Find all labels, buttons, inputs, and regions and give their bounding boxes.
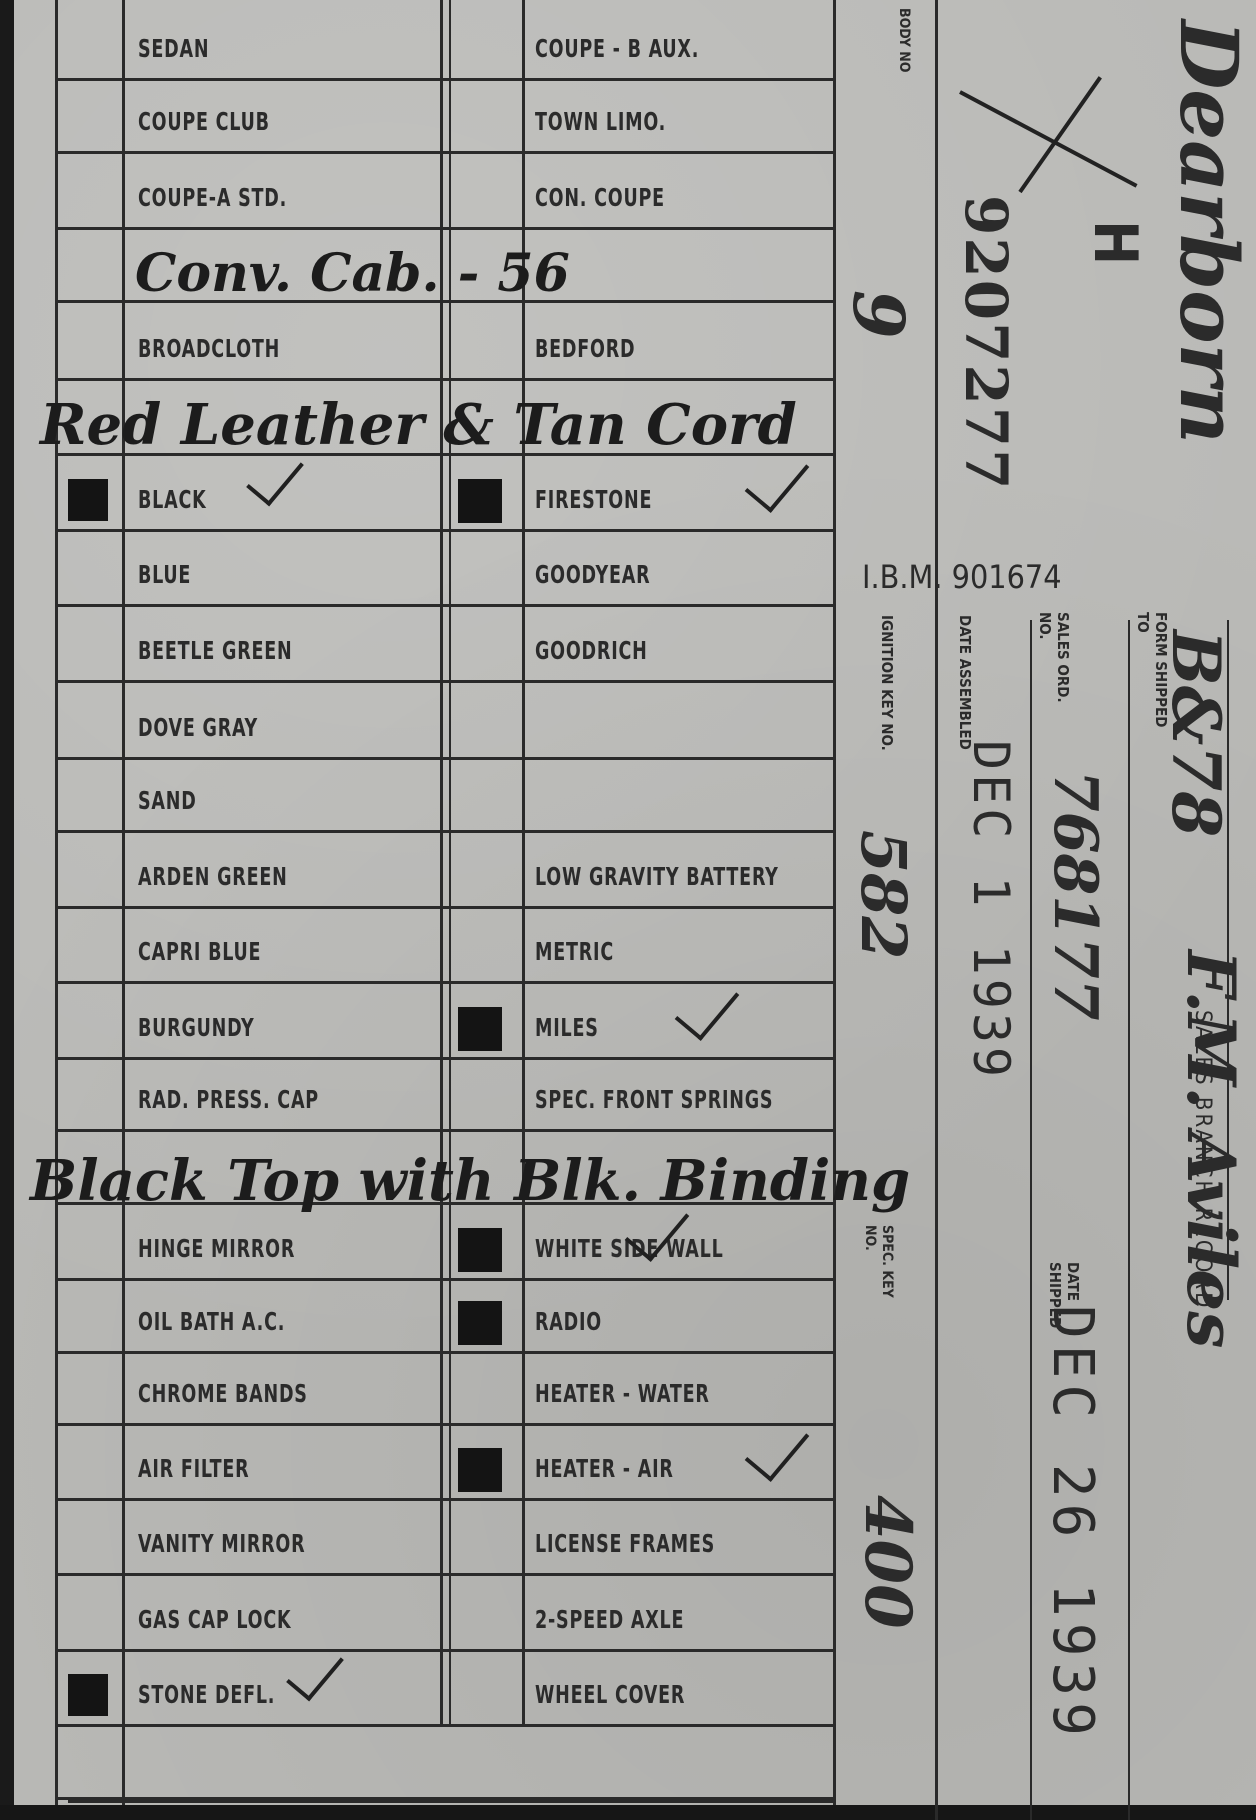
right-option-checkbox-marked[interactable] bbox=[458, 1228, 502, 1272]
left-box-divider bbox=[122, 0, 125, 1805]
left-option-label: RAD. PRESS. CAP bbox=[138, 1069, 319, 1129]
row-rule bbox=[55, 78, 835, 81]
left-option-label: CAPRI BLUE bbox=[138, 921, 261, 981]
right-option-label: MILES bbox=[535, 997, 599, 1057]
right-option-checkbox[interactable] bbox=[458, 101, 502, 145]
left-option-checkbox[interactable] bbox=[68, 28, 108, 70]
row-rule bbox=[55, 378, 835, 381]
right-option-label: METRIC bbox=[535, 921, 614, 981]
right-option-checkbox[interactable] bbox=[458, 554, 502, 598]
left-option-checkbox[interactable] bbox=[68, 177, 108, 219]
left-option-checkbox[interactable] bbox=[68, 931, 108, 973]
right-option-checkbox[interactable] bbox=[458, 630, 502, 674]
right-option-label: LICENSE FRAMES bbox=[535, 1513, 715, 1573]
row-rule bbox=[55, 1573, 835, 1576]
row-rule bbox=[55, 151, 835, 154]
handwritten-body-type: Conv. Cab. - 56 bbox=[135, 243, 570, 304]
right-option-checkbox[interactable] bbox=[458, 28, 502, 72]
right-option-checkbox[interactable] bbox=[458, 707, 502, 751]
left-option-label: SEDAN bbox=[138, 18, 209, 78]
right-option-label: RADIO bbox=[535, 1291, 602, 1351]
shipped-to-value: B&78 bbox=[1157, 630, 1235, 837]
left-option-label: CHROME BANDS bbox=[138, 1363, 308, 1423]
right-option-label: LOW GRAVITY BATTERY bbox=[535, 846, 779, 906]
right-option-label: COUPE - B AUX. bbox=[535, 18, 699, 78]
left-option-checkbox[interactable] bbox=[68, 328, 108, 370]
handwritten-9: 9 bbox=[837, 290, 920, 339]
row-rule bbox=[55, 1724, 835, 1727]
left-option-checkbox[interactable] bbox=[68, 856, 108, 898]
left-option-label: VANITY MIRROR bbox=[138, 1513, 305, 1573]
side-divider-1 bbox=[935, 0, 938, 1820]
left-option-label: DOVE GRAY bbox=[138, 697, 258, 757]
handwritten-top: Black Top with Blk. Binding bbox=[30, 1148, 910, 1214]
right-option-label: GOODYEAR bbox=[535, 544, 650, 604]
right-option-checkbox[interactable] bbox=[458, 1523, 502, 1567]
left-option-label: BLUE bbox=[138, 544, 191, 604]
sales-branch-value: F.M. Aviles bbox=[1172, 950, 1250, 1348]
date-shipped-value: DEC 26 1939 bbox=[1040, 1305, 1105, 1742]
row-rule bbox=[55, 1423, 835, 1426]
film-edge bbox=[0, 1805, 1256, 1820]
left-option-checkbox[interactable] bbox=[68, 1228, 108, 1270]
date-assembled-value: DEC 1 1939 bbox=[962, 740, 1020, 1081]
left-option-checkbox[interactable] bbox=[68, 1523, 108, 1565]
left-option-label: GAS CAP LOCK bbox=[138, 1589, 291, 1649]
table-bottom-rule bbox=[68, 1800, 835, 1803]
table-right-edge bbox=[833, 0, 836, 1805]
handwritten-upholstery: Red Leather & Tan Cord bbox=[40, 392, 797, 458]
row-rule bbox=[55, 529, 835, 532]
left-option-label: BURGUNDY bbox=[138, 997, 255, 1057]
table-left-edge bbox=[55, 0, 58, 1805]
right-option-checkbox[interactable] bbox=[458, 1674, 502, 1718]
right-option-checkbox[interactable] bbox=[458, 931, 502, 975]
right-option-label: BEDFORD bbox=[535, 318, 635, 378]
right-option-label: HEATER - AIR bbox=[535, 1438, 674, 1498]
left-option-checkbox[interactable] bbox=[68, 780, 108, 822]
right-option-checkbox-marked[interactable] bbox=[458, 479, 502, 523]
right-option-checkbox-marked[interactable] bbox=[458, 1448, 502, 1492]
left-option-checkbox[interactable] bbox=[68, 630, 108, 672]
left-option-checkbox[interactable] bbox=[68, 1079, 108, 1121]
right-option-label: FIRESTONE bbox=[535, 469, 652, 529]
row-rule bbox=[55, 1351, 835, 1354]
right-option-checkbox[interactable] bbox=[458, 1599, 502, 1643]
side-divider-2 bbox=[1030, 620, 1032, 1820]
left-option-label: SAND bbox=[138, 770, 197, 830]
dealer-signature: Dearborn bbox=[1162, 20, 1256, 444]
left-option-checkbox[interactable] bbox=[68, 101, 108, 143]
left-option-label: OIL BATH A.C. bbox=[138, 1291, 285, 1351]
left-option-checkbox[interactable] bbox=[68, 1599, 108, 1641]
ibm-number: I.B.M. 901674 bbox=[862, 558, 1062, 596]
row-rule bbox=[55, 757, 835, 760]
left-option-label: ARDEN GREEN bbox=[138, 846, 288, 906]
ignition-key-value: 582 bbox=[847, 830, 920, 959]
left-option-checkbox[interactable] bbox=[68, 1007, 108, 1049]
right-option-label: SPEC. FRONT SPRINGS bbox=[535, 1069, 773, 1129]
left-option-checkbox[interactable] bbox=[68, 707, 108, 749]
spec-key-label: SPEC. KEY NO. bbox=[861, 1225, 895, 1325]
left-option-label: STONE DEFL. bbox=[138, 1664, 275, 1724]
row-rule bbox=[55, 604, 835, 607]
right-option-label: WHITE SIDE WALL bbox=[535, 1218, 724, 1278]
row-rule bbox=[55, 906, 835, 909]
left-option-checkbox[interactable] bbox=[68, 554, 108, 596]
right-option-checkbox[interactable] bbox=[458, 856, 502, 900]
left-option-label: BEETLE GREEN bbox=[138, 620, 293, 680]
right-option-label: TOWN LIMO. bbox=[535, 91, 666, 151]
side-divider-3 bbox=[1128, 620, 1130, 1820]
left-option-checkbox[interactable] bbox=[68, 1301, 108, 1343]
row-rule bbox=[55, 830, 835, 833]
left-option-label: HINGE MIRROR bbox=[138, 1218, 295, 1278]
right-option-checkbox[interactable] bbox=[458, 1373, 502, 1417]
left-option-checkbox[interactable] bbox=[68, 1448, 108, 1490]
right-option-checkbox-marked[interactable] bbox=[458, 1007, 502, 1051]
sales-ord-value: 768177 bbox=[1040, 770, 1110, 1021]
left-option-label: COUPE CLUB bbox=[138, 91, 270, 151]
right-option-checkbox[interactable] bbox=[458, 780, 502, 824]
right-option-label: 2-SPEED AXLE bbox=[535, 1589, 684, 1649]
series-letter: H bbox=[1080, 220, 1150, 265]
row-rule bbox=[55, 1278, 835, 1281]
ignition-key-label: IGNITION KEY NO. bbox=[878, 615, 896, 755]
spec-key-value: 400 bbox=[850, 1495, 925, 1629]
right-option-checkbox-marked[interactable] bbox=[458, 1301, 502, 1345]
left-option-checkbox-marked[interactable] bbox=[68, 1674, 108, 1716]
right-option-label: WHEEL COVER bbox=[535, 1664, 685, 1724]
left-option-label: AIR FILTER bbox=[138, 1438, 249, 1498]
right-option-label: GOODRICH bbox=[535, 620, 648, 680]
left-option-label: BROADCLOTH bbox=[138, 318, 280, 378]
left-option-checkbox-marked[interactable] bbox=[68, 479, 108, 521]
right-option-checkbox[interactable] bbox=[458, 177, 502, 221]
row-rule bbox=[55, 227, 835, 230]
row-rule bbox=[55, 1498, 835, 1501]
row-rule bbox=[55, 1129, 835, 1132]
right-option-label: HEATER - WATER bbox=[535, 1363, 710, 1423]
date-assembled-label: DATE ASSEMBLED bbox=[956, 615, 974, 755]
row-rule bbox=[55, 1649, 835, 1652]
body-no-label: BODY NO bbox=[896, 8, 912, 73]
serial-number: 9207277 bbox=[952, 195, 1020, 492]
right-option-label: CON. COUPE bbox=[535, 167, 665, 227]
sales-ord-label: SALES ORD. NO. bbox=[1036, 612, 1072, 732]
row-rule bbox=[55, 1057, 835, 1060]
left-option-checkbox[interactable] bbox=[68, 1373, 108, 1415]
left-option-label: BLACK bbox=[138, 469, 206, 529]
left-option-label: COUPE-A STD. bbox=[138, 167, 287, 227]
right-option-checkbox[interactable] bbox=[458, 328, 502, 372]
right-option-checkbox[interactable] bbox=[458, 1079, 502, 1123]
row-rule bbox=[55, 680, 835, 683]
